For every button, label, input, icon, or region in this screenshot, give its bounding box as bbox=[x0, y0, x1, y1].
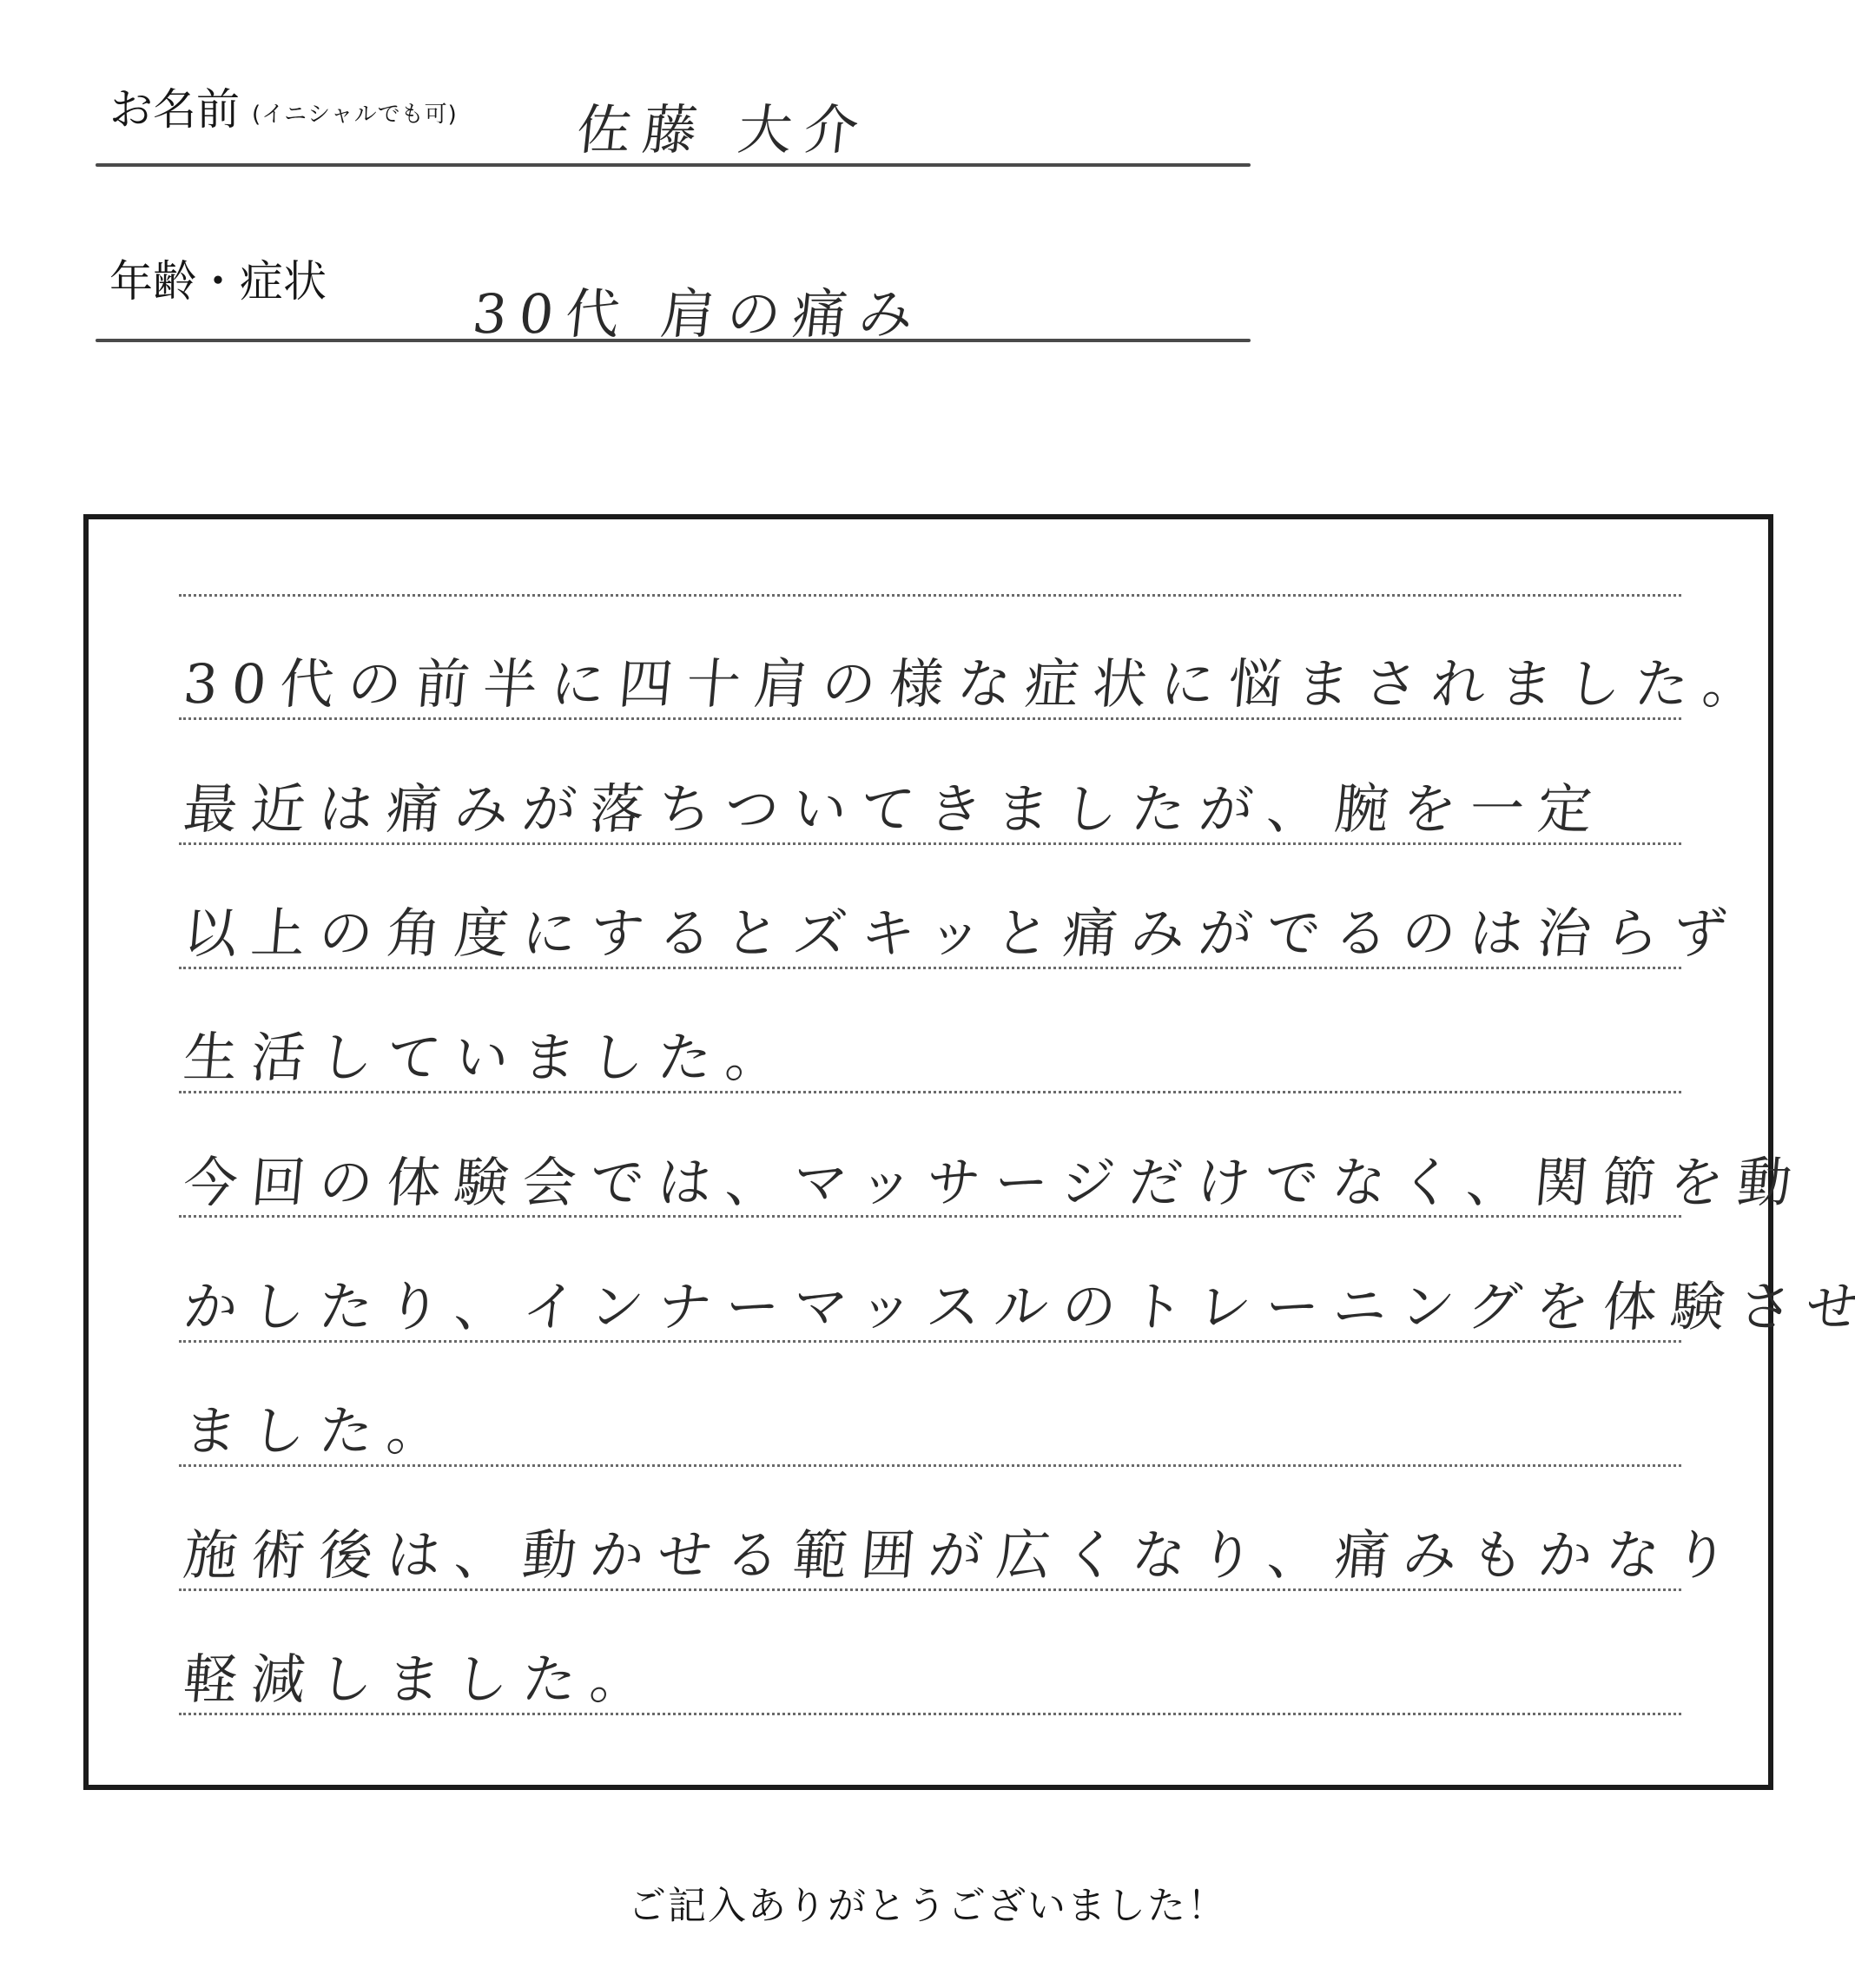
name-label-note: (イニシャルでも可) bbox=[252, 102, 458, 128]
name-field: お名前(イニシャルでも可) 佐藤 大介 bbox=[96, 69, 1251, 169]
comment-line: 施術後は、動かせる範囲が広くなり、痛みもかなり bbox=[181, 1512, 1746, 1589]
comment-line: 生活していました。 bbox=[181, 1014, 797, 1092]
comment-line: 軽減しました。 bbox=[181, 1636, 662, 1714]
comment-line: 30代の前半に四十肩の様な症状に悩まされました。 bbox=[181, 641, 1774, 718]
age-symptom-label: 年齢・症状 bbox=[109, 247, 327, 309]
comment-line: 以上の角度にするとズキッと痛みがでるのは治らず bbox=[181, 890, 1745, 968]
comment-line: かしたり、インナーマッスルのトレーニングを体験させて頂き bbox=[181, 1264, 1855, 1341]
comment-box: 30代の前半に四十肩の様な症状に悩まされました。 最近は痛みが落ちついてきました… bbox=[83, 514, 1773, 1790]
comment-line: 最近は痛みが落ちついてきましたが、腕を一定 bbox=[181, 766, 1609, 843]
thanks-message: ご記入ありがとうございました！ bbox=[0, 1874, 1855, 1930]
name-label: お名前(イニシャルでも可) bbox=[109, 75, 458, 137]
name-underline bbox=[96, 163, 1251, 167]
name-label-text: お名前 bbox=[109, 84, 240, 135]
age-symptom-underline bbox=[96, 339, 1251, 342]
comment-line: ました。 bbox=[181, 1388, 459, 1465]
ruled-line bbox=[179, 594, 1681, 597]
age-symptom-value: 30代 肩の痛み bbox=[469, 271, 929, 348]
name-value: 佐藤 大介 bbox=[573, 87, 875, 164]
age-symptom-field: 年齢・症状 30代 肩の痛み bbox=[96, 241, 1251, 346]
comment-line: 今回の体験会では、マッサージだけでなく、関節を動 bbox=[181, 1139, 1809, 1217]
